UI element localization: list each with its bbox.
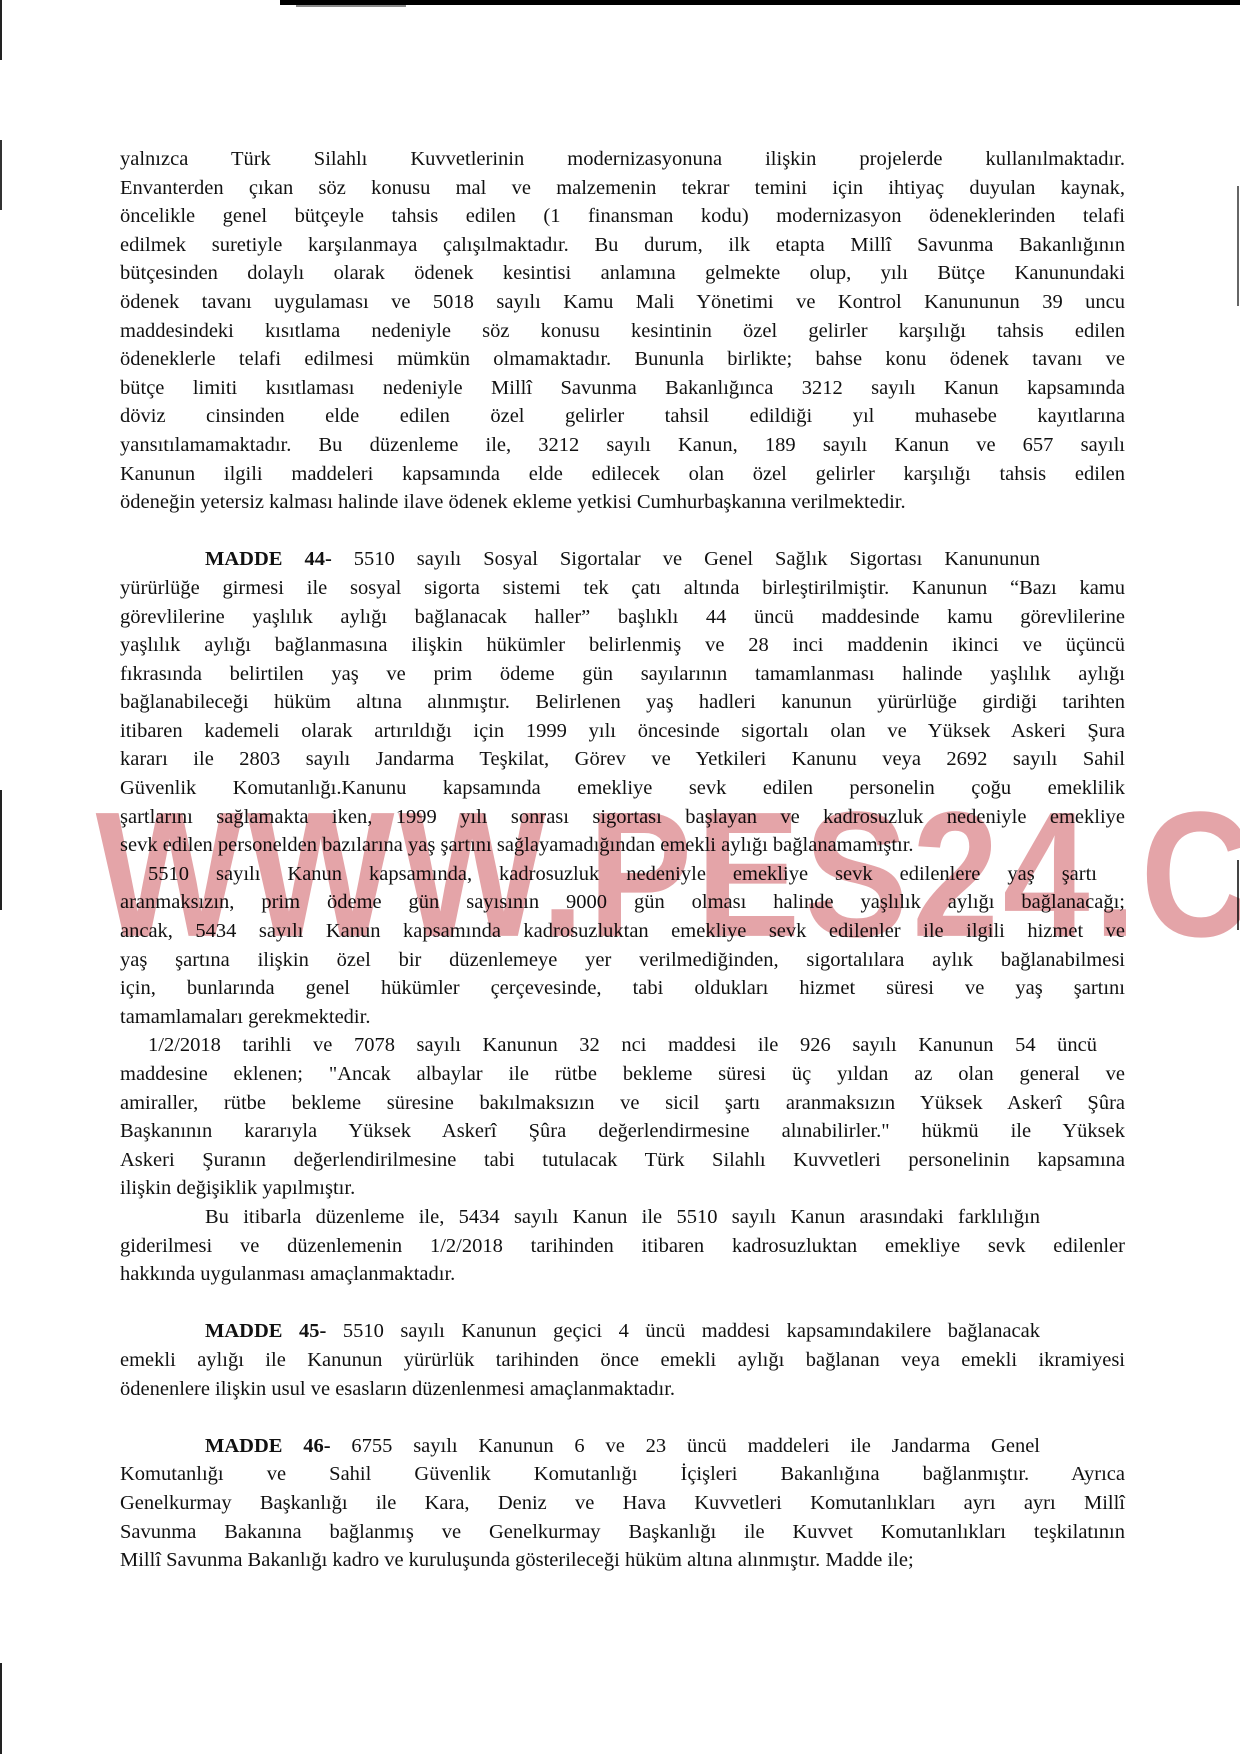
text-line: Bu itibarla düzenleme ile, 5434 sayılı K… <box>120 1203 1125 1232</box>
text-line: Kanunun ilgili maddeleri kapsamında elde… <box>120 460 1125 489</box>
scan-edge-left <box>0 140 2 210</box>
paragraph-2018: 1/2/2018 tarihli ve 7078 sayılı Kanunun … <box>120 1031 1125 1203</box>
scan-edge-top-grey <box>296 5 406 7</box>
text-line: Başkanının kararıyla Yüksek Askerî Şûra … <box>120 1117 1125 1146</box>
text-line: yalnızca Türk Silahlı Kuvvetlerinin mode… <box>120 145 1125 174</box>
text-line: ödeneğin yetersiz kalması halinde ilave … <box>120 488 1125 517</box>
scan-edge-left <box>0 1663 2 1754</box>
paragraph-madde-45: MADDE 45- 5510 sayılı Kanunun geçici 4 ü… <box>120 1317 1125 1403</box>
text-line: MADDE 46- 6755 sayılı Kanunun 6 ve 23 ün… <box>120 1432 1125 1461</box>
text-line: amiraller, rütbe bekleme süresine bakılm… <box>120 1089 1125 1118</box>
scan-edge-right <box>1237 186 1239 306</box>
scan-edge-right <box>1237 860 1239 930</box>
text-line: şartlarını sağlamakta iken, 1999 yılı so… <box>120 803 1125 832</box>
text-line: ilişkin değişiklik yapılmıştır. <box>120 1174 1125 1203</box>
text-line: bütçe limiti kısıtlaması nedeniyle Millî… <box>120 374 1125 403</box>
text-line: hakkında uygulanması amaçlanmaktadır. <box>120 1260 1125 1289</box>
text-line: sevk edilen personelden bazılarına yaş ş… <box>120 831 1125 860</box>
text-line: bağlanabileceği hüküm altına alınmıştır.… <box>120 688 1125 717</box>
scan-edge-left <box>0 790 2 910</box>
text-line: tamamlamaları gerekmektedir. <box>120 1003 1125 1032</box>
text-line: ödenek tavanı uygulaması ve 5018 sayılı … <box>120 288 1125 317</box>
text-line: edilmek suretiyle karşılanmaya çalışılma… <box>120 231 1125 260</box>
text-line: döviz cinsinden elde edilen özel gelirle… <box>120 402 1125 431</box>
text-line: itibaren kademeli olarak artırıldığı içi… <box>120 717 1125 746</box>
scan-edge-top <box>280 0 1240 5</box>
text-line: Millî Savunma Bakanlığı kadro ve kuruluş… <box>120 1546 1125 1575</box>
scan-edge-left <box>0 0 2 60</box>
text-line: yansıtılamamaktadır. Bu düzenleme ile, 3… <box>120 431 1125 460</box>
text-line: Envanterden çıkan söz konusu mal ve malz… <box>120 174 1125 203</box>
paragraph-gap <box>120 1289 1125 1318</box>
text-line: öncelikle genel bütçeyle tahsis edilen (… <box>120 202 1125 231</box>
text-line: 5510 sayılı Kanun kapsamında, kadrosuzlu… <box>120 860 1125 889</box>
text-line: MADDE 44- 5510 sayılı Sosyal Sigortalar … <box>120 545 1125 574</box>
text-line: maddesindeki kısıtlama nedeniyle söz kon… <box>120 317 1125 346</box>
text-line: Genelkurmay Başkanlığı ile Kara, Deniz v… <box>120 1489 1125 1518</box>
paragraph-5510: 5510 sayılı Kanun kapsamında, kadrosuzlu… <box>120 860 1125 1032</box>
text-line: fıkrasında belirtilen yaş ve prim ödeme … <box>120 660 1125 689</box>
paragraph-gap <box>120 517 1125 546</box>
text-line: Güvenlik Komutanlığı.Kanunu kapsamında e… <box>120 774 1125 803</box>
paragraph-madde-46: MADDE 46- 6755 sayılı Kanunun 6 ve 23 ün… <box>120 1432 1125 1575</box>
document-body: yalnızca Türk Silahlı Kuvvetlerinin mode… <box>120 145 1125 1575</box>
text-line: ancak, 5434 sayılı Kanun kapsamında kadr… <box>120 917 1125 946</box>
paragraph-gap <box>120 1403 1125 1432</box>
article-label: MADDE 45- <box>205 1320 326 1342</box>
text-line: 1/2/2018 tarihli ve 7078 sayılı Kanunun … <box>120 1031 1125 1060</box>
text-line: kararı ile 2803 sayılı Jandarma Teşkilat… <box>120 745 1125 774</box>
text-line: emekli aylığı ile Kanunun yürürlük tarih… <box>120 1346 1125 1375</box>
text-line: ödeneklerle telafi edilmesi mümkün olmam… <box>120 345 1125 374</box>
paragraph-madde-44: MADDE 44- 5510 sayılı Sosyal Sigortalar … <box>120 545 1125 860</box>
text-line: bütçesinden dolaylı olarak ödenek kesint… <box>120 259 1125 288</box>
text-line: aranmaksızın, prim ödeme gün sayısının 9… <box>120 888 1125 917</box>
paragraph-itibarla: Bu itibarla düzenleme ile, 5434 sayılı K… <box>120 1203 1125 1289</box>
text-line: Askeri Şuranın değerlendirilmesine tabi … <box>120 1146 1125 1175</box>
text-line: ödenenlere ilişkin usul ve esasların düz… <box>120 1375 1125 1404</box>
text-line: yürürlüğe girmesi ile sosyal sigorta sis… <box>120 574 1125 603</box>
text-line: giderilmesi ve düzenlemenin 1/2/2018 tar… <box>120 1232 1125 1261</box>
article-label: MADDE 46- <box>205 1435 331 1457</box>
text-line: MADDE 45- 5510 sayılı Kanunun geçici 4 ü… <box>120 1317 1125 1346</box>
text-line: için, bunlarında genel hükümler çerçeves… <box>120 974 1125 1003</box>
article-label: MADDE 44- <box>205 548 332 570</box>
text-line: görevlilerine yaşlılık aylığı bağlanacak… <box>120 603 1125 632</box>
text-line: yaşlılık aylığı bağlanmasına ilişkin hük… <box>120 631 1125 660</box>
paragraph-intro: yalnızca Türk Silahlı Kuvvetlerinin mode… <box>120 145 1125 517</box>
document-page: yalnızca Türk Silahlı Kuvvetlerinin mode… <box>0 0 1240 1754</box>
text-line: Komutanlığı ve Sahil Güvenlik Komutanlığ… <box>120 1460 1125 1489</box>
text-line: maddesine eklenen; "Ancak albaylar ile r… <box>120 1060 1125 1089</box>
text-line: Savunma Bakanına bağlanmış ve Genelkurma… <box>120 1518 1125 1547</box>
text-line: yaş şartına ilişkin özel bir düzenlemeye… <box>120 946 1125 975</box>
